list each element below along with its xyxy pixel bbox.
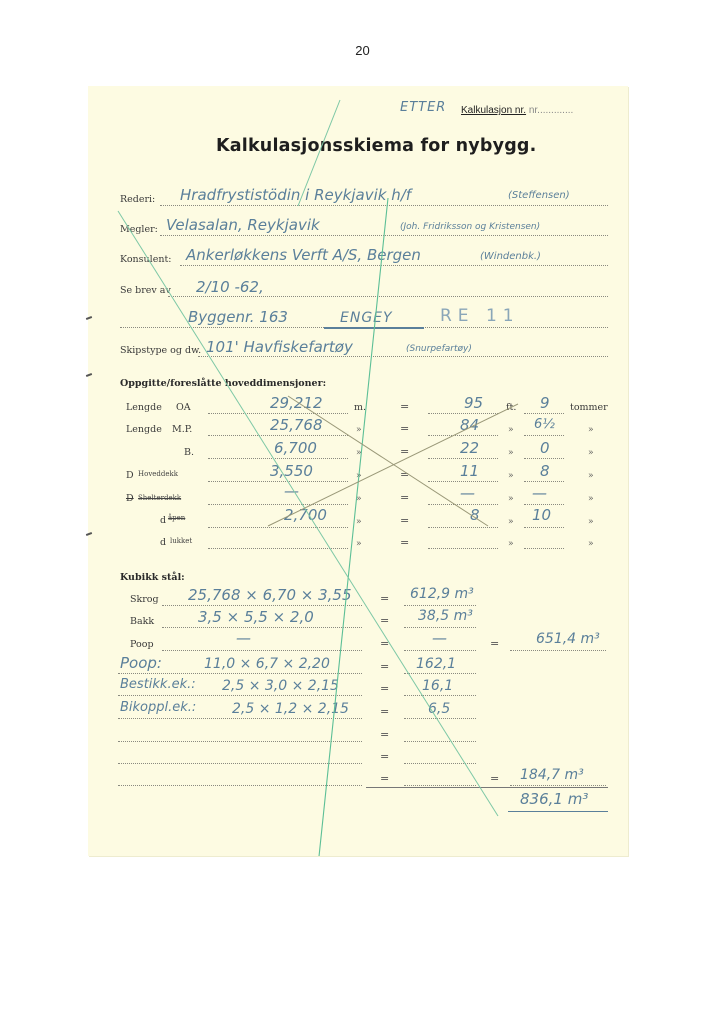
crossout-lines (88, 86, 628, 856)
calculation-form-sheet: ETTER Kalkulasjon nr. nr............. Ka… (88, 86, 628, 856)
page-number: 20 (0, 43, 725, 58)
